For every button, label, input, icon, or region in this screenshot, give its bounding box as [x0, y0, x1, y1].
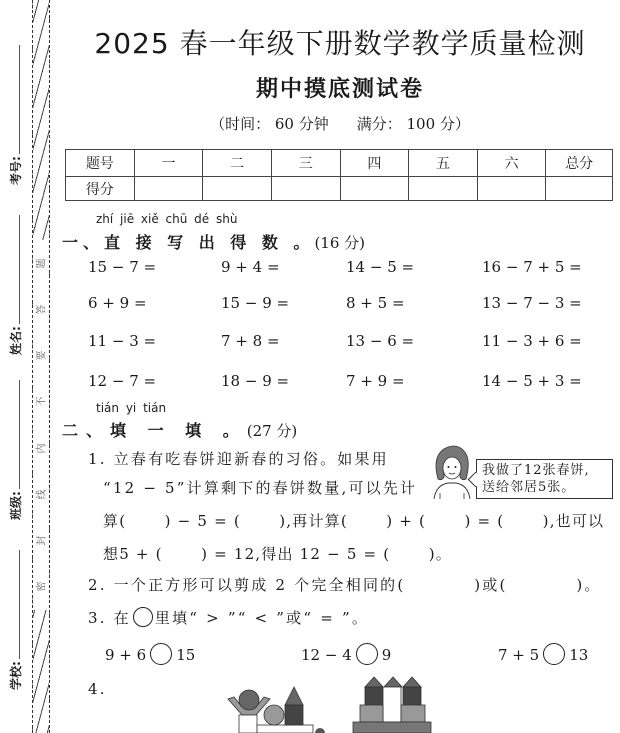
compare-item: 7 + 513 [498, 643, 588, 665]
score-cell[interactable] [340, 177, 409, 201]
page-subtitle: 期中摸底测试卷 [60, 72, 620, 103]
section2-pinyin: tián yi tián [96, 401, 166, 415]
q1-line2: “12 − 5”计算剩下的春饼数量,可以先计 [103, 477, 417, 498]
score-cell[interactable] [546, 177, 613, 201]
class-field[interactable]: 班级: [5, 380, 25, 520]
math-item: 13 − 7 − 3 = [482, 294, 582, 312]
section1-heading: 一、直 接 写 出 得 数 。(16 分) [62, 230, 365, 253]
score-cell[interactable] [409, 177, 478, 201]
math-item: 13 − 6 = [346, 332, 414, 350]
math-item: 16 − 7 + 5 = [482, 258, 582, 276]
q3-instruction: 3. 在里填“ > ”“ < ”或“ = ”。 [88, 607, 369, 628]
speech-bubble: 我做了12张春饼, 送给邻居5张。 [476, 459, 613, 499]
math-item: 7 + 8 = [221, 332, 280, 350]
compare-answer-circle[interactable] [150, 643, 172, 665]
time-limit: （时间： 60 分钟 [210, 115, 329, 133]
score-table: 题号 一 二 三 四 五 六 总分 得分 [65, 149, 613, 201]
section2-heading: 二、填 一 填 。(27 分) [62, 418, 297, 441]
math-item: 7 + 9 = [346, 372, 405, 390]
compare-answer-circle[interactable] [543, 643, 565, 665]
math-item: 11 − 3 + 6 = [482, 332, 582, 350]
name-field[interactable]: 姓名: [5, 215, 25, 355]
math-row: 12 − 7 = 18 − 9 = 7 + 9 = 14 − 5 + 3 = [88, 372, 618, 408]
math-item: 18 − 9 = [221, 372, 289, 390]
math-item: 9 + 4 = [221, 258, 280, 276]
circle-icon [133, 607, 153, 627]
score-cell[interactable] [271, 177, 340, 201]
math-item: 6 + 9 = [88, 294, 147, 312]
math-item: 8 + 5 = [346, 294, 405, 312]
math-row: 15 − 7 = 9 + 4 = 14 − 5 = 16 − 7 + 5 = [88, 258, 618, 294]
full-score: 满分： 100 分） [357, 115, 470, 133]
compare-item: 9 + 615 [105, 643, 195, 665]
math-row: 6 + 9 = 15 − 9 = 8 + 5 = 13 − 7 − 3 = [88, 294, 618, 330]
math-item: 12 − 7 = [88, 372, 156, 390]
score-table-score-row: 得分 [66, 177, 613, 201]
binding-margin: 密 封 线 内 不 要 答 题 学校: 班级: 姓名: 考号: [0, 0, 60, 733]
building-blocks-illustration-icon [220, 675, 460, 733]
math-item: 15 − 9 = [221, 294, 289, 312]
math-item: 14 − 5 = [346, 258, 414, 276]
q1-line1: 1. 立春有吃春饼迎新春的习俗。如果用 [88, 448, 389, 469]
compare-answer-circle[interactable] [356, 643, 378, 665]
score-cell[interactable] [203, 177, 272, 201]
q1-line4: 想5 + ( ) = 12,得出 12 − 5 = ( )。 [103, 543, 452, 564]
score-table-header-row: 题号 一 二 三 四 五 六 总分 [66, 150, 613, 177]
page-title: 2025 春一年级下册数学教学质量检测 [60, 22, 620, 62]
girl-illustration-icon [428, 443, 476, 499]
score-cell[interactable] [134, 177, 203, 201]
q1-line3: 算( ) − 5 = ( ),再计算( ) + ( ) = ( ),也可以 [103, 510, 604, 531]
math-row: 11 − 3 = 7 + 8 = 13 − 6 = 11 − 3 + 6 = [88, 332, 618, 368]
math-item: 14 − 5 + 3 = [482, 372, 582, 390]
school-field[interactable]: 学校: [5, 550, 25, 690]
seal-line-text: 密 封 线 内 不 要 答 题 [32, 240, 48, 610]
math-item: 11 − 3 = [88, 332, 156, 350]
section1-pinyin: zhí jiē xiě chū dé shù [96, 212, 237, 226]
q2-text: 2. 一个正方形可以剪成 2 个完全相同的( )或( )。 [88, 574, 602, 595]
exam-number-field[interactable]: 考号: [5, 45, 25, 185]
compare-item: 12 − 49 [301, 643, 391, 665]
exam-meta: （时间： 60 分钟满分： 100 分） [60, 113, 620, 134]
q4-label: 4. [88, 680, 107, 698]
math-item: 15 − 7 = [88, 258, 156, 276]
score-cell[interactable] [477, 177, 546, 201]
